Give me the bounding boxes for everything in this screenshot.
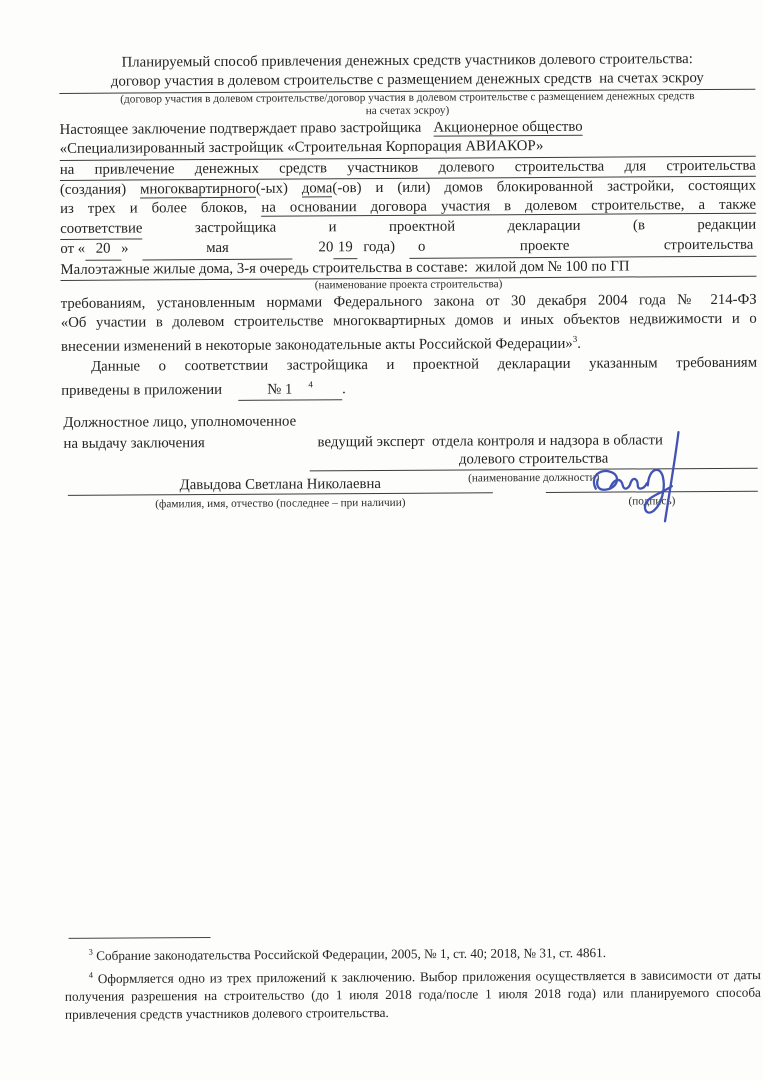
conformity-word-underlined: соответствие xyxy=(60,219,142,240)
fio-line: Давыдова Светлана Николаевна xyxy=(68,475,493,497)
law-line3-period: . xyxy=(577,336,581,352)
fio-caption: (фамилия, имя, отчество (последнее – при… xyxy=(68,497,493,513)
creation-underlined-1: многоквартирного xyxy=(140,181,256,199)
creation-underlined-2: дома xyxy=(302,180,333,197)
blocks-pre: из трех и более блоков, xyxy=(60,200,247,217)
footnote-4: 4 Оформляется одно из трех приложений к … xyxy=(65,961,761,1024)
document-page: Планируемый способ привлечения денежных … xyxy=(0,0,763,1080)
document-body: Планируемый способ привлечения денежных … xyxy=(59,50,758,531)
developer-name-part1: Акционерное общество xyxy=(433,119,582,137)
footnote-3-marker: 3 xyxy=(89,947,93,957)
conformity-word: (в xyxy=(633,216,645,235)
date-day-field: 20 xyxy=(85,240,121,261)
date-month-field: мая xyxy=(142,239,292,260)
date-close-quote: » xyxy=(121,240,129,259)
handwritten-signature xyxy=(581,428,702,529)
conclusion-intro-text: Настоящее заключение подтверждает право … xyxy=(60,120,422,138)
creation-suffix-1: (-ых) xyxy=(256,181,288,197)
about-word: проекте xyxy=(520,237,570,257)
footnote-separator xyxy=(69,937,211,939)
law-line3-text: внесении изменений в некоторые законодат… xyxy=(61,336,573,355)
date-century: 20 xyxy=(318,239,333,258)
conformity-word: и xyxy=(329,218,337,237)
creation-suffix-2: (-ов) xyxy=(332,180,361,196)
footnotes-block: 3 Собрание законодательства Российской Ф… xyxy=(65,934,762,1025)
officials-signature-block: Должностное лицо, уполномоченное на выда… xyxy=(61,410,758,530)
annex-period: . xyxy=(342,381,346,397)
about-word: строительства xyxy=(664,236,754,256)
annex-line2: приведены в приложении№ 14. xyxy=(61,373,757,403)
date-prefix: от « xyxy=(60,240,85,260)
official-label-line2: на выдачу заключения xyxy=(63,435,204,455)
scanned-sheet: Планируемый способ привлечения денежных … xyxy=(0,0,763,1080)
footnote-3-text: Собрание законодательства Российской Фед… xyxy=(96,945,606,963)
conformity-word: застройщика xyxy=(195,218,276,238)
conformity-word: редакции xyxy=(697,216,756,236)
date-suffix: года) xyxy=(363,238,395,258)
creation-rest: и (или) домов блокированной застройки, с… xyxy=(375,178,756,196)
conformity-word: проектной xyxy=(389,217,455,237)
footnote-4-marker: 4 xyxy=(89,969,93,979)
about-word: о xyxy=(418,238,426,257)
creation-pre: (создания) xyxy=(60,182,126,198)
annex-number-value: № 1 xyxy=(267,382,292,398)
conformity-word: декларации xyxy=(508,217,581,237)
date-line: от « 20 » мая 20 19 года) о проекте стро… xyxy=(60,236,756,261)
blocks-underlined: на основании договора участия в долевом … xyxy=(261,197,756,217)
footnote-ref-4: 4 xyxy=(308,380,313,390)
annex-number-field: № 14 xyxy=(238,375,342,401)
about-project-fill: о проекте строительства xyxy=(409,236,756,259)
annex-line2-text: приведены в приложении xyxy=(61,382,222,399)
date-year-field: 19 xyxy=(333,238,357,259)
footnote-4-text: Оформляется одно из трех приложений к за… xyxy=(65,967,761,1023)
official-label-line1: Должностное лицо, уполномоченное xyxy=(63,413,296,434)
